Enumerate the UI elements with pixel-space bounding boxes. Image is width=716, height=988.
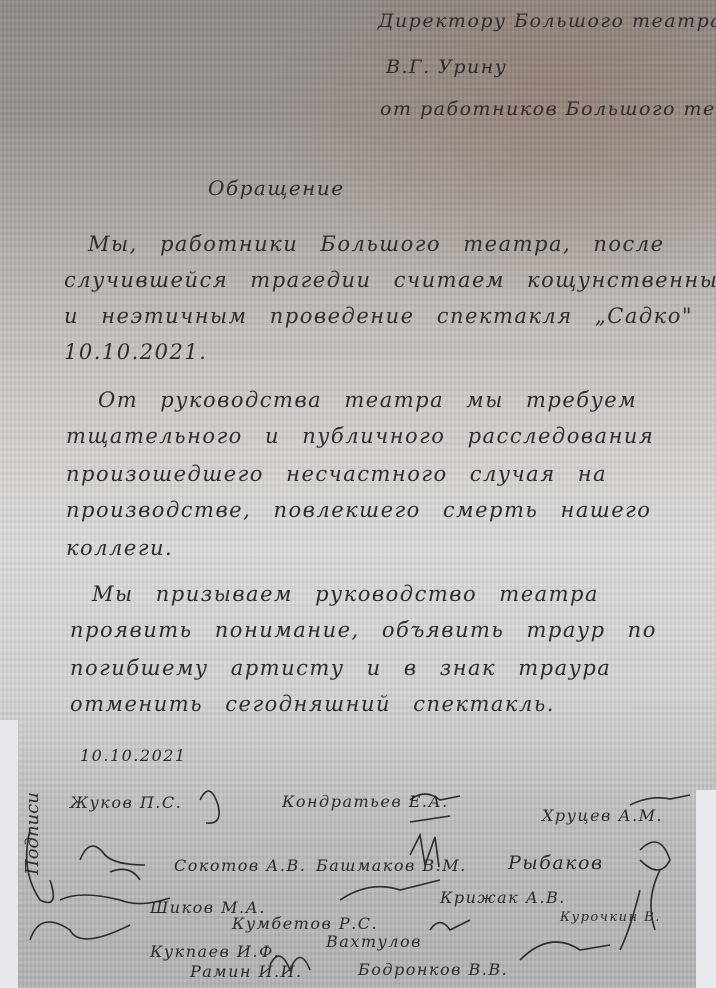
signature-scribble: [0, 0, 716, 988]
